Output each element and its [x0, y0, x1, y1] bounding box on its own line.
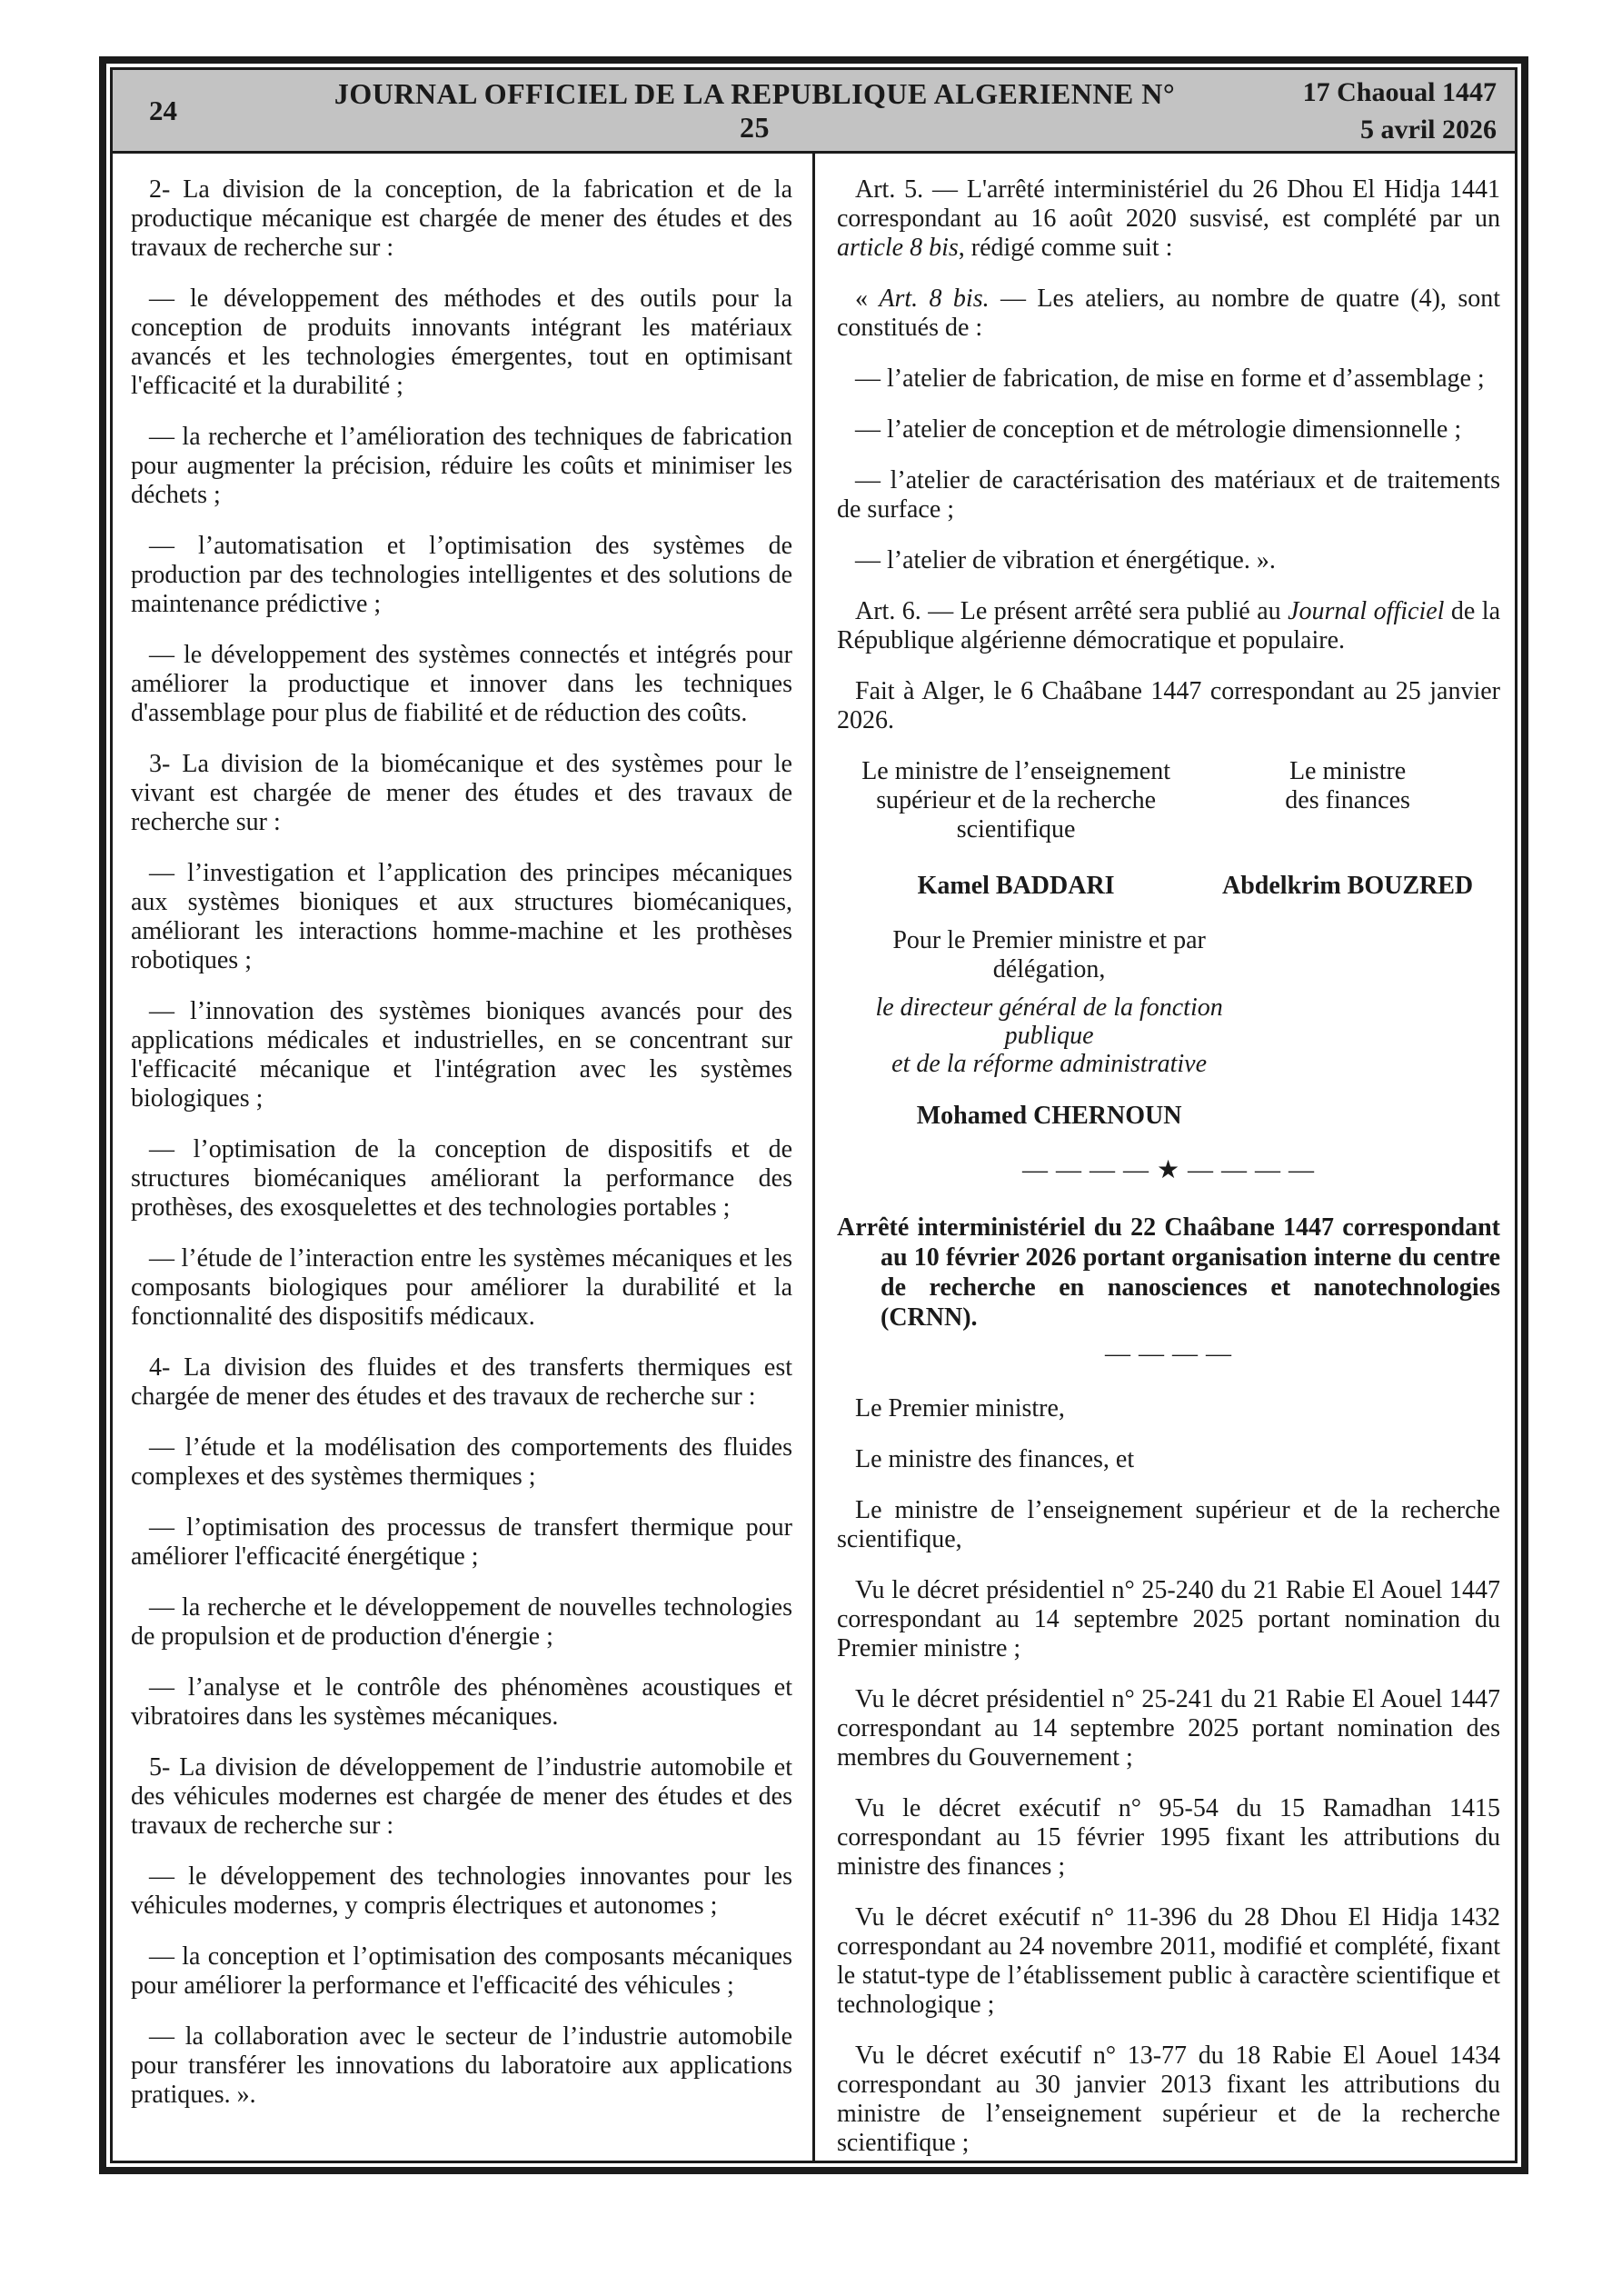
atelier-item: — l’atelier de vibration et énergétique.… — [837, 546, 1500, 575]
delegation-function-line: le directeur général de la fonction publ… — [837, 993, 1261, 1050]
dash-item: — le développement des systèmes connecté… — [131, 641, 792, 728]
date-gregorian: 5 avril 2026 — [1179, 111, 1497, 148]
atelier-item: — l’atelier de fabrication, de mise en f… — [837, 364, 1500, 394]
delegation-signature-name: Mohamed CHERNOUN — [837, 1102, 1261, 1131]
dash-separator: — — — — — [837, 1340, 1500, 1369]
delegation-intro: Pour le Premier ministre et par délégati… — [837, 926, 1261, 984]
paragraph: 4- La division des fluides et des transf… — [131, 1353, 792, 1412]
page-frame-inner: 24 JOURNAL OFFICIEL DE LA REPUBLIQUE ALG… — [110, 67, 1518, 2163]
dash-item: — l’étude de l’interaction entre les sys… — [131, 1244, 792, 1332]
journal-title: JOURNAL OFFICIEL DE LA REPUBLIQUE ALGERI… — [331, 77, 1179, 145]
signature-name-left: Kamel BADDARI — [837, 872, 1195, 901]
page-frame: 24 JOURNAL OFFICIEL DE LA REPUBLIQUE ALG… — [99, 56, 1528, 2174]
dash-item: — l’optimisation de la conception de dis… — [131, 1135, 792, 1223]
dash-item: — la conception et l’optimisation des co… — [131, 1942, 792, 2001]
vu-paragraph: Vu le décret présidentiel n° 25-241 du 2… — [837, 1685, 1500, 1772]
vu-paragraph: Vu le décret exécutif n° 13-77 du 18 Rab… — [837, 2041, 1500, 2158]
dash-item: — le développement des méthodes et des o… — [131, 285, 792, 401]
signature-title-left: Le ministre de l’enseignement supérieur … — [837, 757, 1195, 844]
intro-line: Le ministre des finances, et — [837, 1445, 1500, 1474]
article-5-paragraph: Art. 5. — L'arrêté interministériel du 2… — [837, 175, 1500, 263]
paragraph: 2- La division de la conception, de la f… — [131, 175, 792, 263]
minister-title-line: scientifique — [837, 815, 1195, 844]
article-5-text-end: , rédigé comme suit : — [959, 234, 1173, 262]
dash-item: — l’investigation et l’application des p… — [131, 859, 792, 975]
vu-paragraph: Vu le décret présidentiel n° 25-240 du 2… — [837, 1576, 1500, 1663]
right-column: Art. 5. — L'arrêté interministériel du 2… — [815, 154, 1515, 2161]
issue-dates: 17 Chaoual 1447 5 avril 2026 — [1179, 74, 1515, 148]
minister-title-line: Le ministre de l’enseignement — [837, 757, 1195, 786]
minister-title-line: supérieur et de la recherche — [837, 786, 1195, 815]
article-8bis-label: Art. 8 bis. — [879, 285, 1000, 313]
two-column-layout: 2- La division de la conception, de la f… — [113, 154, 1515, 2161]
article-8bis-paragraph: « Art. 8 bis. — Les ateliers, au nombre … — [837, 285, 1500, 343]
fait-a-alger-paragraph: Fait à Alger, le 6 Chaâbane 1447 corresp… — [837, 677, 1500, 735]
date-hijri: 17 Chaoual 1447 — [1179, 74, 1497, 111]
signature-name-right: Abdelkrim BOUZRED — [1195, 872, 1500, 901]
vu-paragraph: Vu le décret exécutif n° 11-396 du 28 Dh… — [837, 1903, 1500, 2020]
paragraph: 5- La division de développement de l’ind… — [131, 1753, 792, 1841]
paragraph: 3- La division de la biomécanique et des… — [131, 750, 792, 837]
dash-item: — la recherche et le développement de no… — [131, 1593, 792, 1652]
article-6-paragraph: Art. 6. — Le présent arrêté sera publié … — [837, 597, 1500, 655]
minister-title-line: Le ministre — [1195, 757, 1500, 786]
dash-item: — l’automatisation et l’optimisation des… — [131, 532, 792, 619]
journal-header: 24 JOURNAL OFFICIEL DE LA REPUBLIQUE ALG… — [113, 70, 1515, 154]
signature-titles-row: Le ministre de l’enseignement supérieur … — [837, 757, 1500, 844]
dash-item: — l’étude et la modélisation des comport… — [131, 1433, 792, 1492]
vu-paragraph: Vu le décret exécutif n° 95-54 du 15 Ram… — [837, 1794, 1500, 1882]
dash-item: — l’optimisation des processus de transf… — [131, 1513, 792, 1572]
journal-officiel-reference: Journal officiel — [1288, 597, 1444, 625]
article-5-text: Art. 5. — L'arrêté interministériel du 2… — [837, 175, 1500, 233]
arrete-title: Arrêté interministériel du 22 Chaâbane 1… — [837, 1213, 1500, 1333]
minister-title-line: des finances — [1195, 786, 1500, 815]
delegation-block: Pour le Premier ministre et par délégati… — [837, 926, 1261, 1131]
signature-names-row: Kamel BADDARI Abdelkrim BOUZRED — [837, 872, 1500, 901]
signature-title-right: Le ministre des finances — [1195, 757, 1500, 844]
atelier-item: — l’atelier de conception et de métrolog… — [837, 415, 1500, 444]
star-separator: — — — — ★ — — — — — [837, 1156, 1500, 1185]
dash-item: — l’analyse et le contrôle des phénomène… — [131, 1673, 792, 1732]
dash-item: — l’innovation des systèmes bioniques av… — [131, 997, 792, 1113]
dash-item: — la recherche et l’amélioration des tec… — [131, 423, 792, 510]
article-8bis-reference: article 8 bis — [837, 234, 959, 262]
intro-line: Le Premier ministre, — [837, 1394, 1500, 1423]
quote-open: « — [855, 285, 879, 313]
atelier-item: — l’atelier de caractérisation des matér… — [837, 466, 1500, 524]
page-number: 24 — [113, 95, 331, 127]
dash-item: — la collaboration avec le secteur de l’… — [131, 2022, 792, 2110]
article-6-text: Art. 6. — Le présent arrêté sera publié … — [855, 597, 1288, 625]
delegation-function-line: et de la réforme administrative — [837, 1050, 1261, 1078]
left-column: 2- La division de la conception, de la f… — [113, 154, 812, 2161]
journal-page: { "header": { "page_number": "24", "jour… — [0, 0, 1622, 2296]
dash-item: — le développement des technologies inno… — [131, 1862, 792, 1921]
intro-line: Le ministre de l’enseignement supérieur … — [837, 1496, 1500, 1554]
